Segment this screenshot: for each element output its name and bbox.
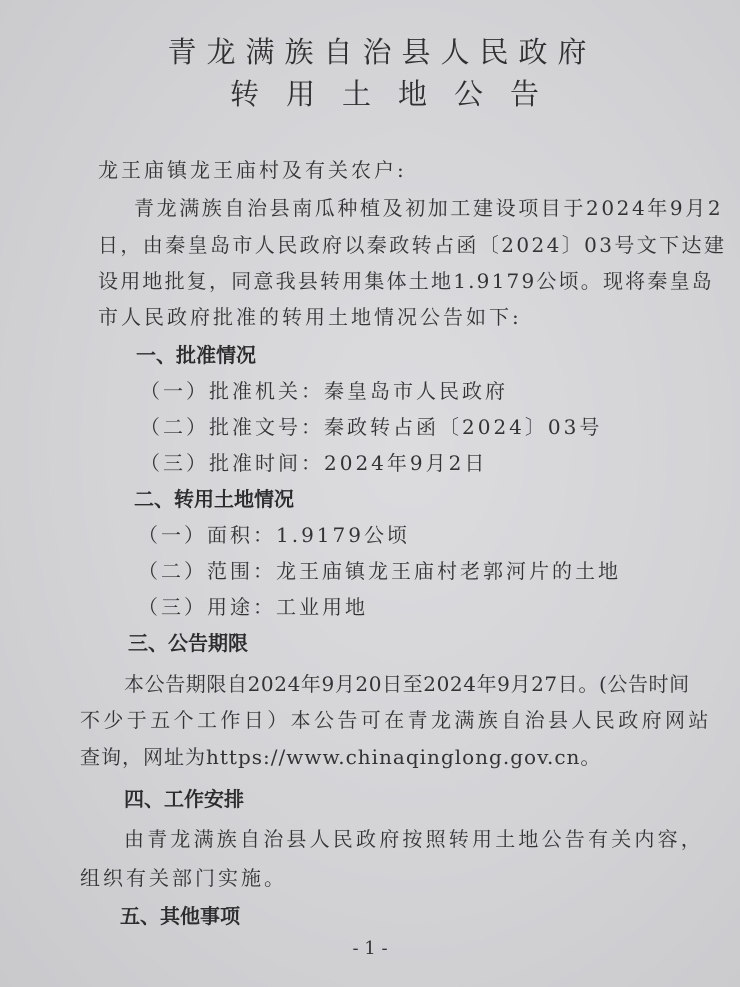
section-1-item-3: （三）批准时间：2024年9月2日 bbox=[140, 450, 487, 476]
section-1-item-2: （二）批准文号：秦政转占函〔2024〕03号 bbox=[140, 414, 602, 440]
section-3-line-2: 不少于五个工作日）本公告可在青龙满族自治县人民政府网站 bbox=[80, 707, 712, 733]
section-2-heading: 二、转用土地情况 bbox=[134, 486, 294, 512]
section-3-heading: 三、公告期限 bbox=[128, 630, 248, 656]
section-4-heading: 四、工作安排 bbox=[124, 786, 244, 812]
section-2-item-2: （二）范围：龙王庙镇龙王庙村老郭河片的土地 bbox=[138, 558, 621, 584]
section-1-item-1: （一）批准机关：秦皇岛市人民政府 bbox=[140, 378, 508, 404]
intro-line-1: 青龙满族自治县南瓜种植及初加工建设项目于2024年9月2 bbox=[134, 195, 723, 221]
section-3-line-1: 本公告期限自2024年9月20日至2024年9月27日。(公告时间 bbox=[124, 671, 690, 697]
section-4-line-2: 组织有关部门实施。 bbox=[80, 865, 287, 891]
document-title-line1: 青龙满族自治县人民政府 bbox=[0, 30, 740, 71]
document-page: 青龙满族自治县人民政府 转用土地公告 龙王庙镇龙王庙村及有关农户: 青龙满族自治… bbox=[0, 0, 740, 987]
section-5-heading: 五、其他事项 bbox=[120, 903, 240, 929]
section-4-line-1: 由青龙满族自治县人民政府按照转用土地公告有关内容， bbox=[124, 826, 704, 852]
document-title-line2: 转用土地公告 bbox=[0, 72, 740, 113]
section-3-line-3: 查询，网址为https://www.chinaqinglong.gov.cn。 bbox=[80, 744, 601, 770]
addressee: 龙王庙镇龙王庙村及有关农户: bbox=[98, 157, 407, 183]
intro-line-2: 日，由秦皇岛市人民政府以秦政转占函〔2024〕03号文下达建 bbox=[98, 232, 726, 258]
intro-line-4: 市人民政府批准的转用土地情况公告如下: bbox=[98, 304, 522, 330]
section-2-item-1: （一）面积：1.9179公顷 bbox=[138, 522, 410, 548]
section-2-item-3: （三）用途：工业用地 bbox=[138, 594, 368, 620]
intro-line-3: 设用地批复，同意我县转用集体土地1.9179公顷。现将秦皇岛 bbox=[98, 268, 714, 294]
section-1-heading: 一、批准情况 bbox=[136, 342, 256, 368]
page-number: - 1 - bbox=[0, 938, 740, 959]
